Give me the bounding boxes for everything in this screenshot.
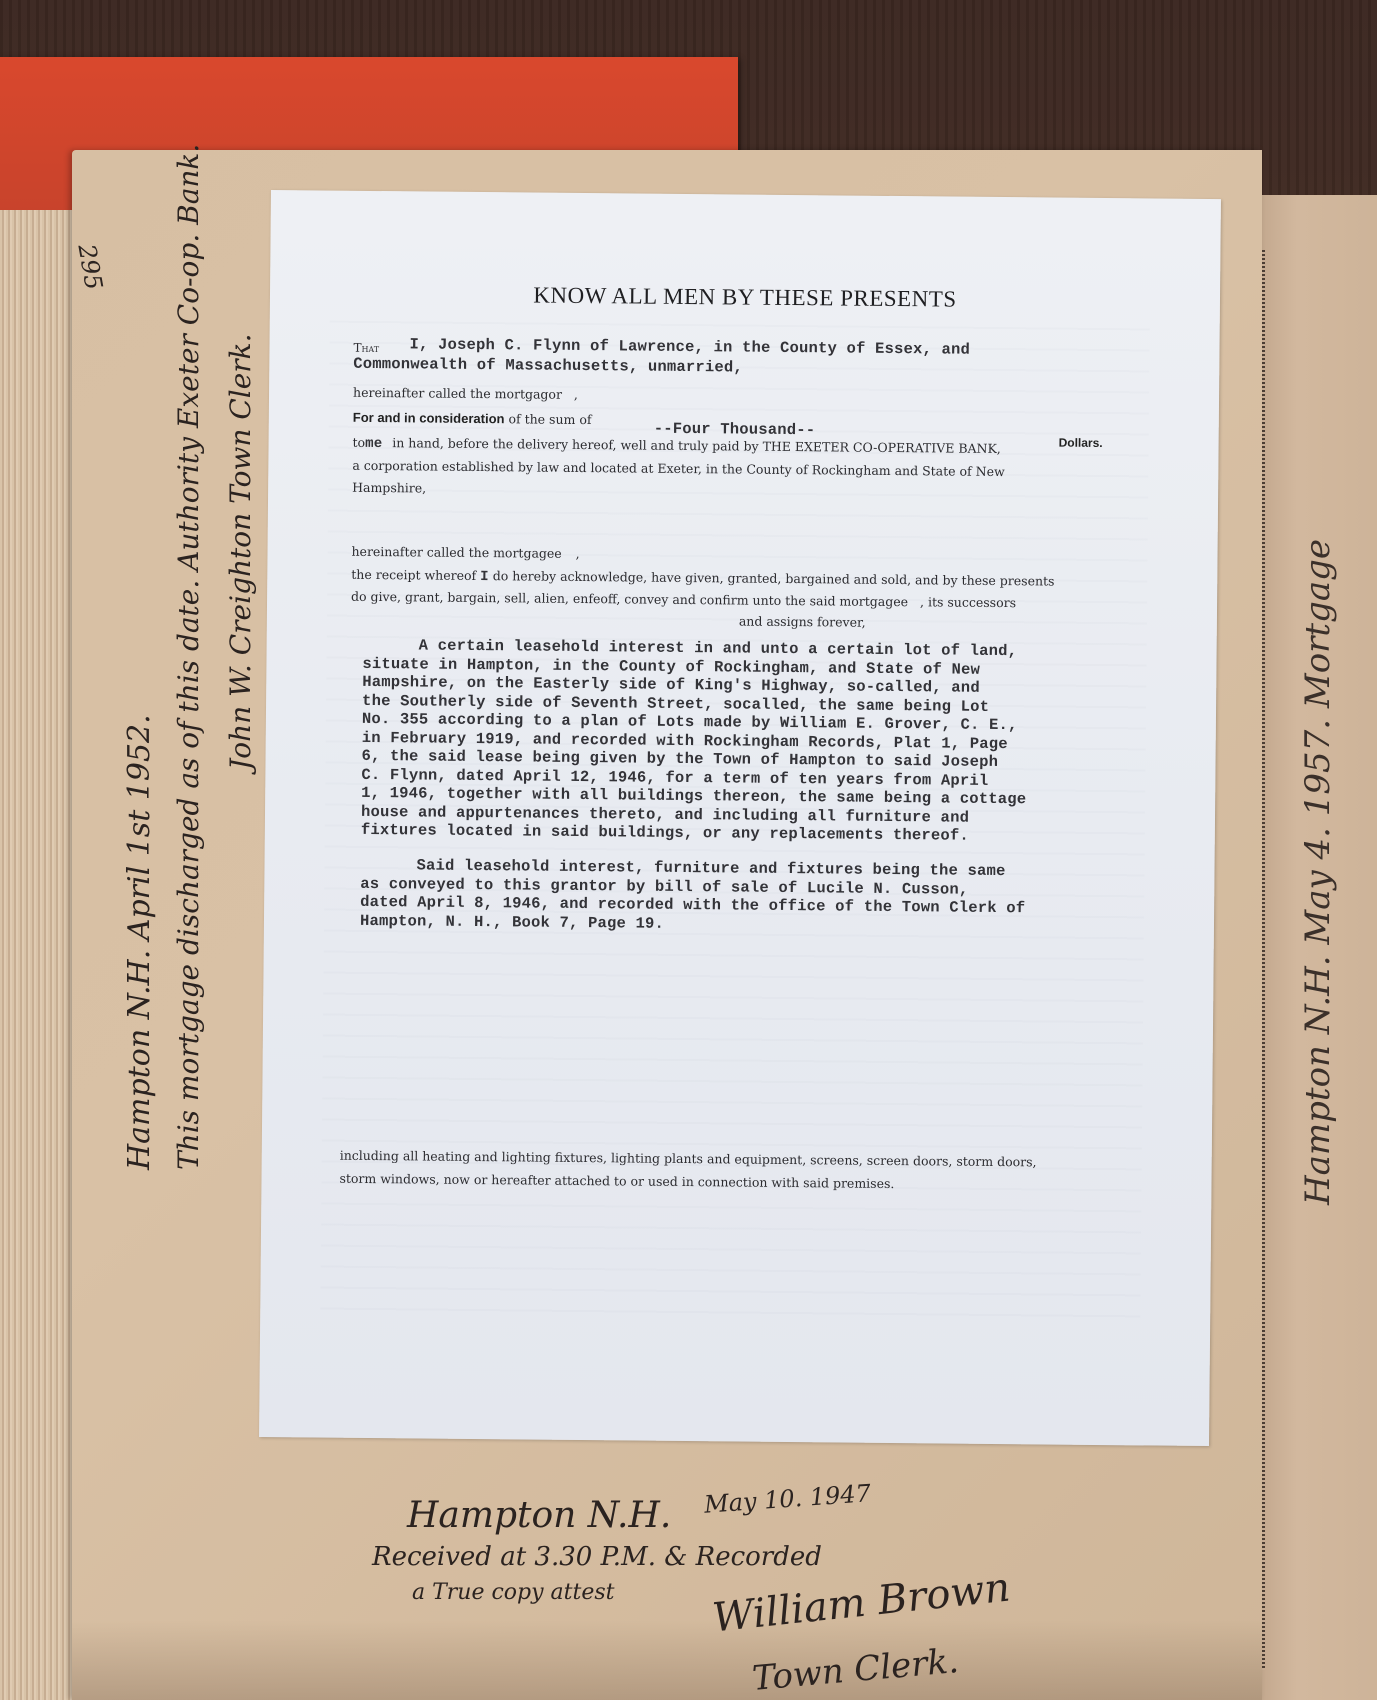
- that-label: That: [353, 341, 379, 355]
- binder-stitching: [1262, 250, 1265, 1670]
- bottom-note-received: Received at 3.30 P.M. & Recorded: [372, 1542, 822, 1572]
- sum-amount: --Four Thousand--: [654, 420, 816, 440]
- left-note-line3: John W. Creighton Town Clerk.: [224, 333, 257, 770]
- bottom-note-date: May 10. 1947: [703, 1479, 871, 1519]
- right-margin-note: Hampton N.H. May 4. 1957. Mortgage: [1298, 539, 1338, 1205]
- state-line: Hampshire,: [352, 480, 426, 496]
- bottom-note-place: Hampton N.H.: [407, 1495, 671, 1536]
- mortgage-document: KNOW ALL MEN BY THESE PRESENTS That I, J…: [259, 190, 1221, 1446]
- bill-of-sale-paragraph: Said leasehold interest, furniture and f…: [360, 856, 1026, 936]
- right-binder-page: Hampton N.H. May 4. 1957. Mortgage: [1255, 195, 1377, 1700]
- page-number: 295: [72, 242, 108, 292]
- document-heading: KNOW ALL MEN BY THESE PRESENTS: [270, 280, 1220, 315]
- left-note-line2: This mortgage discharged as of this date…: [172, 144, 205, 1170]
- mortgagee-label: hereinafter called the mortgagee ,: [351, 544, 579, 561]
- bottom-note-attest: a True copy attest: [412, 1580, 615, 1605]
- grantor-line2: Commonwealth of Massachusetts, unmarried…: [353, 355, 743, 377]
- assigns-line: and assigns forever,: [739, 614, 866, 630]
- consideration-line: For and in consideration of the sum of: [353, 409, 592, 429]
- mortgagor-label: hereinafter called the mortgagor ,: [353, 385, 578, 402]
- leasehold-description: A certain leasehold interest in and unto…: [361, 636, 1028, 846]
- left-note-line1: Hampton N.H. April 1st 1952.: [122, 714, 157, 1170]
- dollars-label: Dollars.: [1059, 436, 1103, 450]
